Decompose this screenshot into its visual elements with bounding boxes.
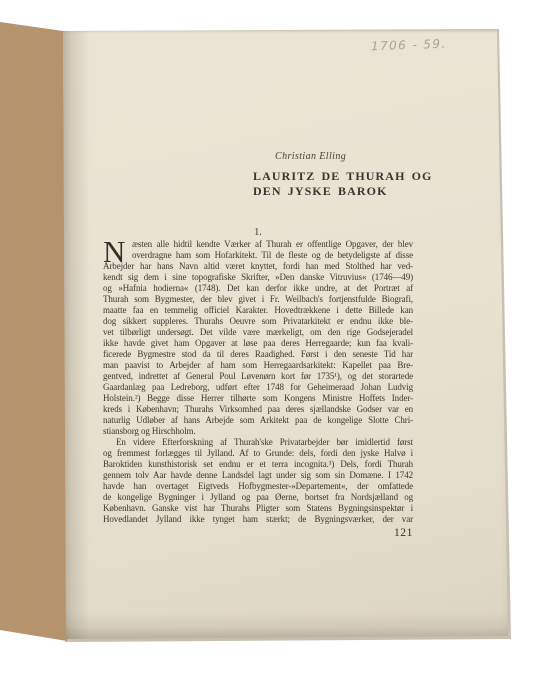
body-line: naturlig Udløber af hans Arbejde som Ark… <box>103 415 413 426</box>
book-page: 1706 - 59. Christian Elling LAURITZ DE T… <box>0 0 559 700</box>
body-line: og »Hafnia hodierna« (1748). Det kan der… <box>103 283 413 294</box>
body-line: dog sikkert suppleres. Thurahs Oeuvre so… <box>103 316 413 327</box>
body-line: Holstein.²) Begge disse Herrer tilhørte … <box>103 393 413 404</box>
body-line: Arbejder har hans Navn altid været knytt… <box>103 261 413 272</box>
body-line: overdragne ham som Hofarkitekt. Til de f… <box>103 250 413 261</box>
article-title: LAURITZ DE THURAH OG DEN JYSKE BAROK <box>253 169 432 199</box>
body-text: N æsten alle hidtil kendte Værker af Thu… <box>103 239 413 525</box>
body-line: gennem tolv Aar havde denne Landsdel lag… <box>103 470 413 481</box>
body-line: æsten alle hidtil kendte Værker af Thura… <box>103 239 413 250</box>
body-line: København. Ganske vist har Thurahs Pligt… <box>103 503 413 514</box>
body-line: gentved, indrettet af General Poul Løven… <box>103 371 413 382</box>
book-photo: 1706 - 59. Christian Elling LAURITZ DE T… <box>0 0 559 700</box>
body-line: kreds i København; Thurahs Virksomhed pa… <box>103 404 413 415</box>
body-line: man paavist to Arbejder af ham som Herre… <box>103 360 413 371</box>
drop-cap: N <box>103 239 129 259</box>
author-byline: Christian Elling <box>275 151 346 162</box>
body-line: Thurah som Bygmester, der blev givet i F… <box>103 294 413 305</box>
body-line: Gaardanlæg paa Ledreborg, udført efter 1… <box>103 382 413 393</box>
body-line: stiansborg og Hirschholm. <box>103 426 413 437</box>
body-line: ficerede Bygmestre stod da til deres Raa… <box>103 349 413 360</box>
body-line: og fremmest forlægges til Jylland. Af to… <box>103 448 413 459</box>
body-line: Baroktiden kunsthistorisk set endnu er e… <box>103 459 413 470</box>
section-number: 1. <box>103 227 413 238</box>
body-line: ikke havde givet ham Opgaver at løse paa… <box>103 338 413 349</box>
page-bottom-edge-shade <box>55 612 513 640</box>
article-title-line1: LAURITZ DE THURAH OG <box>253 169 432 184</box>
body-line: Hovedlandet Jylland ikke tynget ham stær… <box>103 514 413 525</box>
body-line: maatte faa en temmelig officiel Karakter… <box>103 305 413 316</box>
body-line: vet tilbørligt undersøgt. Det vilde være… <box>103 327 413 338</box>
body-line: havde han overtaget Eigtveds Hofbygmeste… <box>103 481 413 492</box>
body-line: En videre Efterforskning af Thurah'ske P… <box>103 437 413 448</box>
body-line: de kongelige Bygninger i Jylland og paa … <box>103 492 413 503</box>
body-line: kendt sig dem i sine topografiske Skrift… <box>103 272 413 283</box>
article-title-line2: DEN JYSKE BAROK <box>253 184 432 199</box>
page-number: 121 <box>103 527 413 540</box>
pencil-annotation: 1706 - 59. <box>371 37 447 54</box>
